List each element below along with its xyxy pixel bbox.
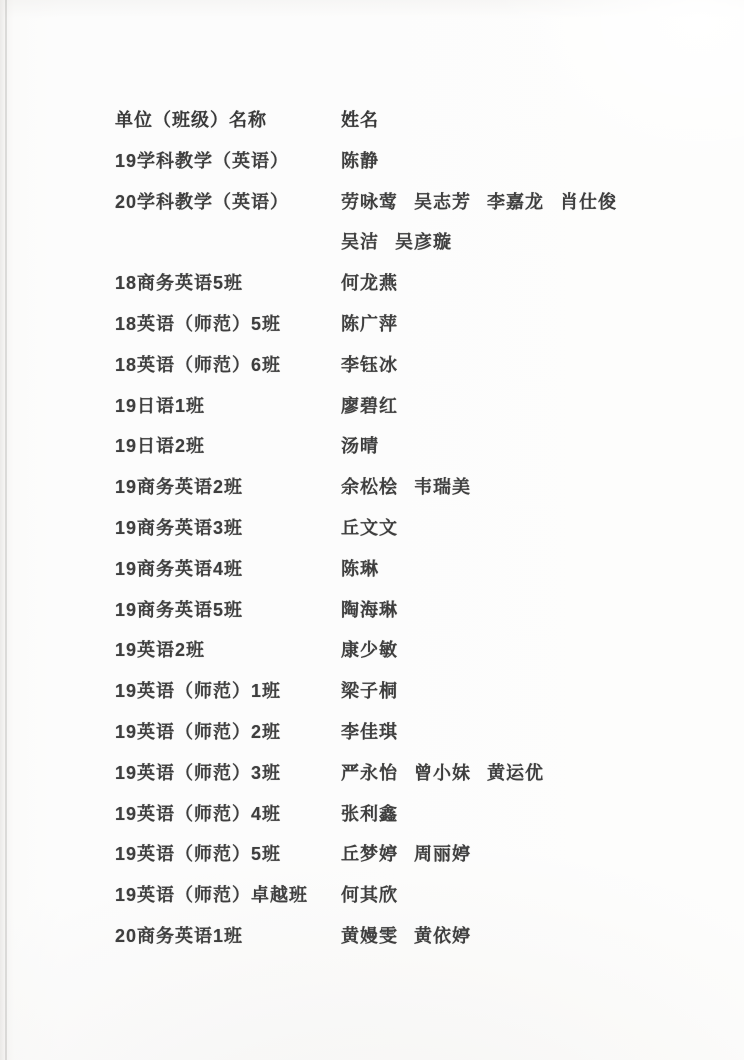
unit-cell: 19日语2班 (115, 426, 341, 467)
unit-cell: 19商务英语3班 (115, 508, 341, 549)
table-row: 19商务英语3班丘文文 (115, 508, 690, 549)
unit-cell: 19英语（师范）2班 (115, 712, 341, 753)
unit-cell: 19英语（师范）1班 (115, 671, 341, 712)
table-row: 19商务英语4班陈琳 (115, 549, 690, 590)
unit-cell: 19日语1班 (115, 386, 341, 427)
table-row: 19英语（师范）卓越班何其欣 (115, 875, 690, 916)
table-row: 18商务英语5班何龙燕 (115, 263, 690, 304)
unit-cell: 20学科教学（英语） (115, 182, 341, 264)
names-cell: 何龙燕 (341, 263, 690, 304)
names-cell: 张利鑫 (341, 794, 690, 835)
names-cell: 丘文文 (341, 508, 690, 549)
table-row: 19商务英语5班陶海琳 (115, 590, 690, 631)
table-row: 18英语（师范）6班李钰冰 (115, 345, 690, 386)
unit-cell: 18英语（师范）5班 (115, 304, 341, 345)
table-header-row: 单位（班级）名称 姓名 (115, 100, 690, 141)
names-cell: 廖碧红 (341, 386, 690, 427)
table-row: 19日语2班汤晴 (115, 426, 690, 467)
table-row: 19学科教学（英语）陈静 (115, 141, 690, 182)
unit-cell: 18商务英语5班 (115, 263, 341, 304)
table-row: 19英语（师范）2班李佳琪 (115, 712, 690, 753)
column-header-unit: 单位（班级）名称 (115, 100, 341, 141)
table-row: 19英语（师范）5班丘梦婷 周丽婷 (115, 834, 690, 875)
unit-cell: 19英语（师范）卓越班 (115, 875, 341, 916)
roster-table: 单位（班级）名称 姓名 19学科教学（英语）陈静20学科教学（英语）劳咏莺 吴志… (115, 100, 690, 957)
unit-cell: 19英语2班 (115, 630, 341, 671)
table-row: 19英语2班康少敏 (115, 630, 690, 671)
names-cell: 陈琳 (341, 549, 690, 590)
table-row: 19英语（师范）4班张利鑫 (115, 794, 690, 835)
unit-cell: 19英语（师范）5班 (115, 834, 341, 875)
names-cell: 康少敏 (341, 630, 690, 671)
table-row: 19日语1班廖碧红 (115, 386, 690, 427)
unit-cell: 19学科教学（英语） (115, 141, 341, 182)
names-cell: 陈广萍 (341, 304, 690, 345)
unit-cell: 19商务英语4班 (115, 549, 341, 590)
names-cell: 梁子桐 (341, 671, 690, 712)
paper-left-edge (5, 0, 7, 1060)
table-body: 19学科教学（英语）陈静20学科教学（英语）劳咏莺 吴志芳 李嘉龙 肖仕俊 吴洁… (115, 141, 690, 957)
names-cell: 余松桧 韦瑞美 (341, 467, 690, 508)
table-row: 20学科教学（英语）劳咏莺 吴志芳 李嘉龙 肖仕俊 吴洁 吴彦璇 (115, 182, 690, 264)
names-cell: 劳咏莺 吴志芳 李嘉龙 肖仕俊 吴洁 吴彦璇 (341, 182, 690, 264)
unit-cell: 20商务英语1班 (115, 916, 341, 957)
unit-cell: 18英语（师范）6班 (115, 345, 341, 386)
names-cell: 李钰冰 (341, 345, 690, 386)
table-row: 20商务英语1班黄嫚雯 黄依婷 (115, 916, 690, 957)
column-header-name: 姓名 (341, 100, 690, 141)
table-row: 19英语（师范）1班梁子桐 (115, 671, 690, 712)
document-photo: 单位（班级）名称 姓名 19学科教学（英语）陈静20学科教学（英语）劳咏莺 吴志… (0, 0, 744, 1060)
table-row: 19英语（师范）3班严永怡 曾小妹 黄运优 (115, 753, 690, 794)
names-cell: 陈静 (341, 141, 690, 182)
table-row: 19商务英语2班余松桧 韦瑞美 (115, 467, 690, 508)
names-cell: 黄嫚雯 黄依婷 (341, 916, 690, 957)
table-row: 18英语（师范）5班陈广萍 (115, 304, 690, 345)
names-cell: 何其欣 (341, 875, 690, 916)
unit-cell: 19商务英语5班 (115, 590, 341, 631)
names-cell: 陶海琳 (341, 590, 690, 631)
names-cell: 严永怡 曾小妹 黄运优 (341, 753, 690, 794)
names-cell: 李佳琪 (341, 712, 690, 753)
names-cell: 汤晴 (341, 426, 690, 467)
names-cell: 丘梦婷 周丽婷 (341, 834, 690, 875)
unit-cell: 19商务英语2班 (115, 467, 341, 508)
unit-cell: 19英语（师范）4班 (115, 794, 341, 835)
unit-cell: 19英语（师范）3班 (115, 753, 341, 794)
